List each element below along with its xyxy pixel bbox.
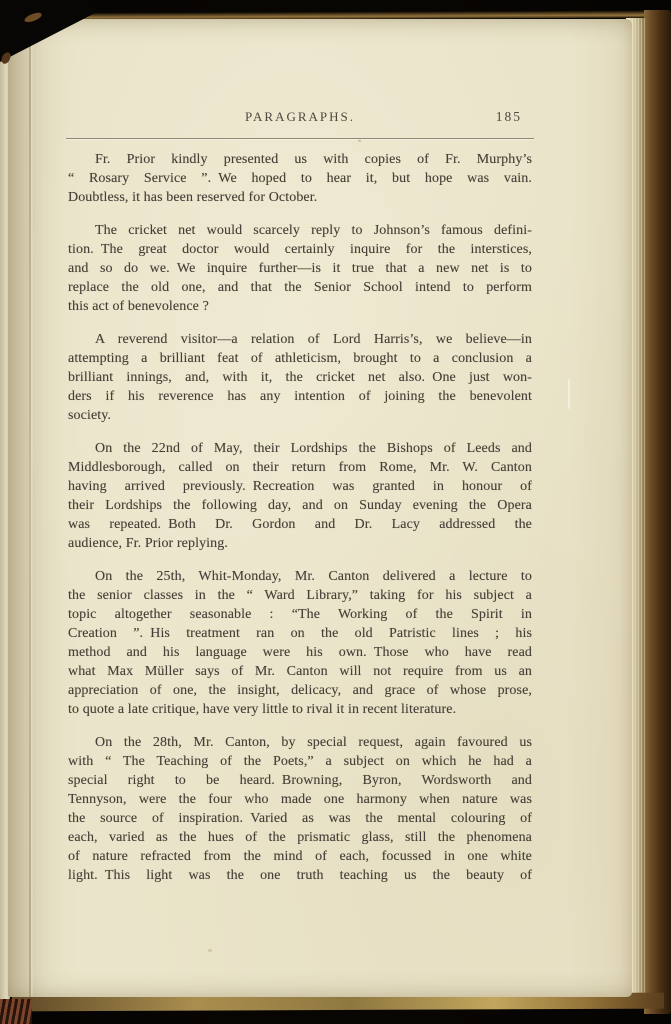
text-line: society.	[68, 406, 532, 425]
text-line: the senior classes in the “ Ward Library…	[68, 586, 532, 605]
text-line: On the 22nd of May, their Lordships the …	[68, 439, 532, 458]
text-line: On the 25th, Whit-Monday, Mr. Canton del…	[68, 567, 532, 586]
header-rule	[66, 138, 534, 139]
text-line: and so do we. We inquire further—is it t…	[68, 259, 532, 278]
book-page: PARAGRAPHS. 185 Fr. Prior kindly present…	[8, 19, 632, 997]
text-line: special right to be heard. Browning, Byr…	[68, 771, 532, 790]
text-line: appreciation of one, the insight, delica…	[68, 681, 532, 700]
paragraph: A reverend visitor—a relation of Lord Ha…	[68, 330, 532, 425]
text-line: of nature refracted from the mind of eac…	[68, 847, 532, 866]
paragraph: On the 28th, Mr. Canton, by special requ…	[68, 733, 532, 885]
book-photo: PARAGRAPHS. 185 Fr. Prior kindly present…	[0, 0, 671, 1024]
text-line: audience, Fr. Prior replying.	[68, 534, 532, 553]
book-cover-right	[644, 10, 671, 1014]
paragraphs: Fr. Prior kindly presented us with copie…	[68, 150, 532, 885]
text-line: with “ The Teaching of the Poets,” a sub…	[68, 752, 532, 771]
gutter-fold-line	[29, 19, 31, 997]
paragraph: On the 22nd of May, their Lordships the …	[68, 439, 532, 553]
text-line: light. This light was the one truth teac…	[68, 866, 532, 885]
text-line: having arrived previously. Recreation wa…	[68, 477, 532, 496]
text-line: Tennyson, were the four who made one har…	[68, 790, 532, 809]
text-line: to quote a late critique, have very litt…	[68, 700, 532, 719]
text-line: Fr. Prior kindly presented us with copie…	[68, 150, 532, 169]
binding-cloth-corner	[0, 999, 32, 1024]
page-title: PARAGRAPHS.	[68, 109, 532, 125]
text-line: topic altogether seasonable : “The Worki…	[68, 605, 532, 624]
text-line: attempting a brilliant feat of athletici…	[68, 349, 532, 368]
paragraph: On the 25th, Whit-Monday, Mr. Canton del…	[68, 567, 532, 719]
page-number: 185	[496, 109, 522, 125]
paper-speck	[208, 949, 212, 952]
running-head: PARAGRAPHS. 185	[68, 109, 532, 131]
text-line: ders if his reverence has any intention …	[68, 387, 532, 406]
text-line: Middlesborough, called on their return f…	[68, 458, 532, 477]
text-line: their Lordships the following day, and o…	[68, 496, 532, 515]
text-line: was repeated. Both Dr. Gordon and Dr. La…	[68, 515, 532, 534]
text-line: replace the old one, and that the Senior…	[68, 278, 532, 297]
text-line: this act of benevolence ?	[68, 297, 532, 316]
text-line: “ Rosary Service ”. We hoped to hear it,…	[68, 169, 532, 188]
text-line: brilliant innings, and, with it, the cri…	[68, 368, 532, 387]
text-line: Creation ”. His treatment ran on the old…	[68, 624, 532, 643]
printed-text-block: PARAGRAPHS. 185 Fr. Prior kindly present…	[68, 109, 532, 885]
text-line: method and his language were his own. Th…	[68, 643, 532, 662]
text-line: The cricket net would scarcely reply to …	[68, 221, 532, 240]
text-line: the source of inspiration. Varied as was…	[68, 809, 532, 828]
text-line: Doubtless, it has been reserved for Octo…	[68, 188, 532, 207]
text-line: what Max Müller says of Mr. Canton will …	[68, 662, 532, 681]
paper-scratch	[568, 379, 570, 409]
text-line: A reverend visitor—a relation of Lord Ha…	[68, 330, 532, 349]
text-line: On the 28th, Mr. Canton, by special requ…	[68, 733, 532, 752]
text-line: tion. The great doctor would certainly i…	[68, 240, 532, 259]
text-line: each, varied as the hues of the prismati…	[68, 828, 532, 847]
paragraph: The cricket net would scarcely reply to …	[68, 221, 532, 316]
paragraph: Fr. Prior kindly presented us with copie…	[68, 150, 532, 207]
